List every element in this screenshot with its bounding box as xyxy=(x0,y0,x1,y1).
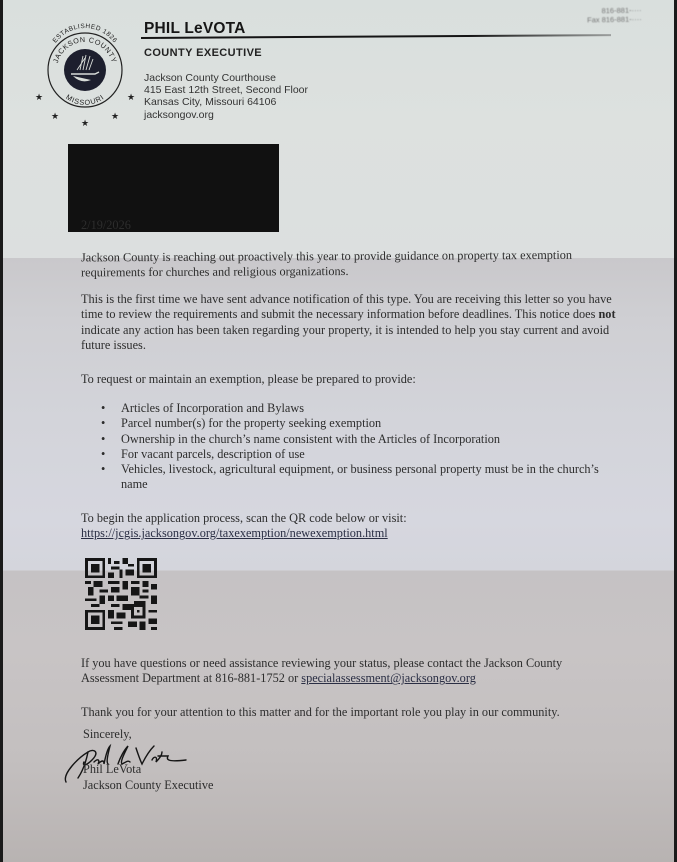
list-item: Articles of Incorporation and Bylaws xyxy=(101,401,621,416)
address-line: Jackson County Courthouse xyxy=(144,72,308,84)
signer-title: Jackson County Executive xyxy=(83,778,213,794)
jackson-county-seal-icon: ESTABLISHED 1826 JACKSON COUNTY MISSOURI… xyxy=(33,18,137,128)
qr-code-icon[interactable] xyxy=(85,558,157,630)
svg-text:★: ★ xyxy=(51,112,59,122)
contact-email-link[interactable]: specialassessment@jacksongov.org xyxy=(301,671,476,685)
notice-text: indicate any action has been taken regar… xyxy=(81,323,609,352)
executive-title: COUNTY EXECUTIVE xyxy=(144,47,262,59)
website-text: jacksongov.org xyxy=(144,109,308,121)
thanks-paragraph: Thank you for your attention to this mat… xyxy=(81,705,621,720)
notice-emphasis: not xyxy=(598,307,615,321)
svg-text:★: ★ xyxy=(127,93,135,103)
letter-page: ESTABLISHED 1826 JACKSON COUNTY MISSOURI… xyxy=(3,0,674,862)
letter-date: 2/19/2026 xyxy=(81,218,621,233)
application-intro: To begin the application process, scan t… xyxy=(81,511,621,526)
svg-text:★: ★ xyxy=(81,119,89,128)
notice-text: This is the first time we have sent adva… xyxy=(81,292,612,321)
list-item: Vehicles, livestock, agricultural equipm… xyxy=(101,462,621,493)
executive-name: PHIL LeVOTA xyxy=(144,20,246,38)
address-line: 415 East 12th Street, Second Floor xyxy=(144,84,308,96)
letterhead-contact: 816-881-···· Fax 816-881-···· xyxy=(587,6,642,25)
fax-text: Fax 816-881-···· xyxy=(587,15,642,25)
intro-paragraph: Jackson County is reaching out proactive… xyxy=(81,248,621,282)
signer-name: Phil LeVota xyxy=(83,762,213,778)
letterhead-address: Jackson County Courthouse 415 East 12th … xyxy=(144,72,308,121)
notice-paragraph: This is the first time we have sent adva… xyxy=(81,292,621,354)
svg-text:★: ★ xyxy=(111,112,119,122)
svg-text:MISSOURI: MISSOURI xyxy=(64,92,106,107)
application-url-link[interactable]: https://jcgis.jacksongov.org/taxexemptio… xyxy=(81,526,388,540)
contact-paragraph: If you have questions or need assistance… xyxy=(81,656,621,687)
signer-block: Phil LeVota Jackson County Executive xyxy=(83,762,213,793)
address-line: Kansas City, Missouri 64106 xyxy=(144,96,308,108)
application-paragraph: To begin the application process, scan t… xyxy=(81,511,621,542)
list-item: Parcel number(s) for the property seekin… xyxy=(101,416,621,431)
requirements-list: Articles of Incorporation and Bylaws Par… xyxy=(101,401,621,493)
list-item: Ownership in the church’s name consisten… xyxy=(101,432,621,447)
requirements-intro: To request or maintain an exemption, ple… xyxy=(81,372,621,387)
list-item: For vacant parcels, description of use xyxy=(101,447,621,462)
svg-text:★: ★ xyxy=(35,93,43,103)
